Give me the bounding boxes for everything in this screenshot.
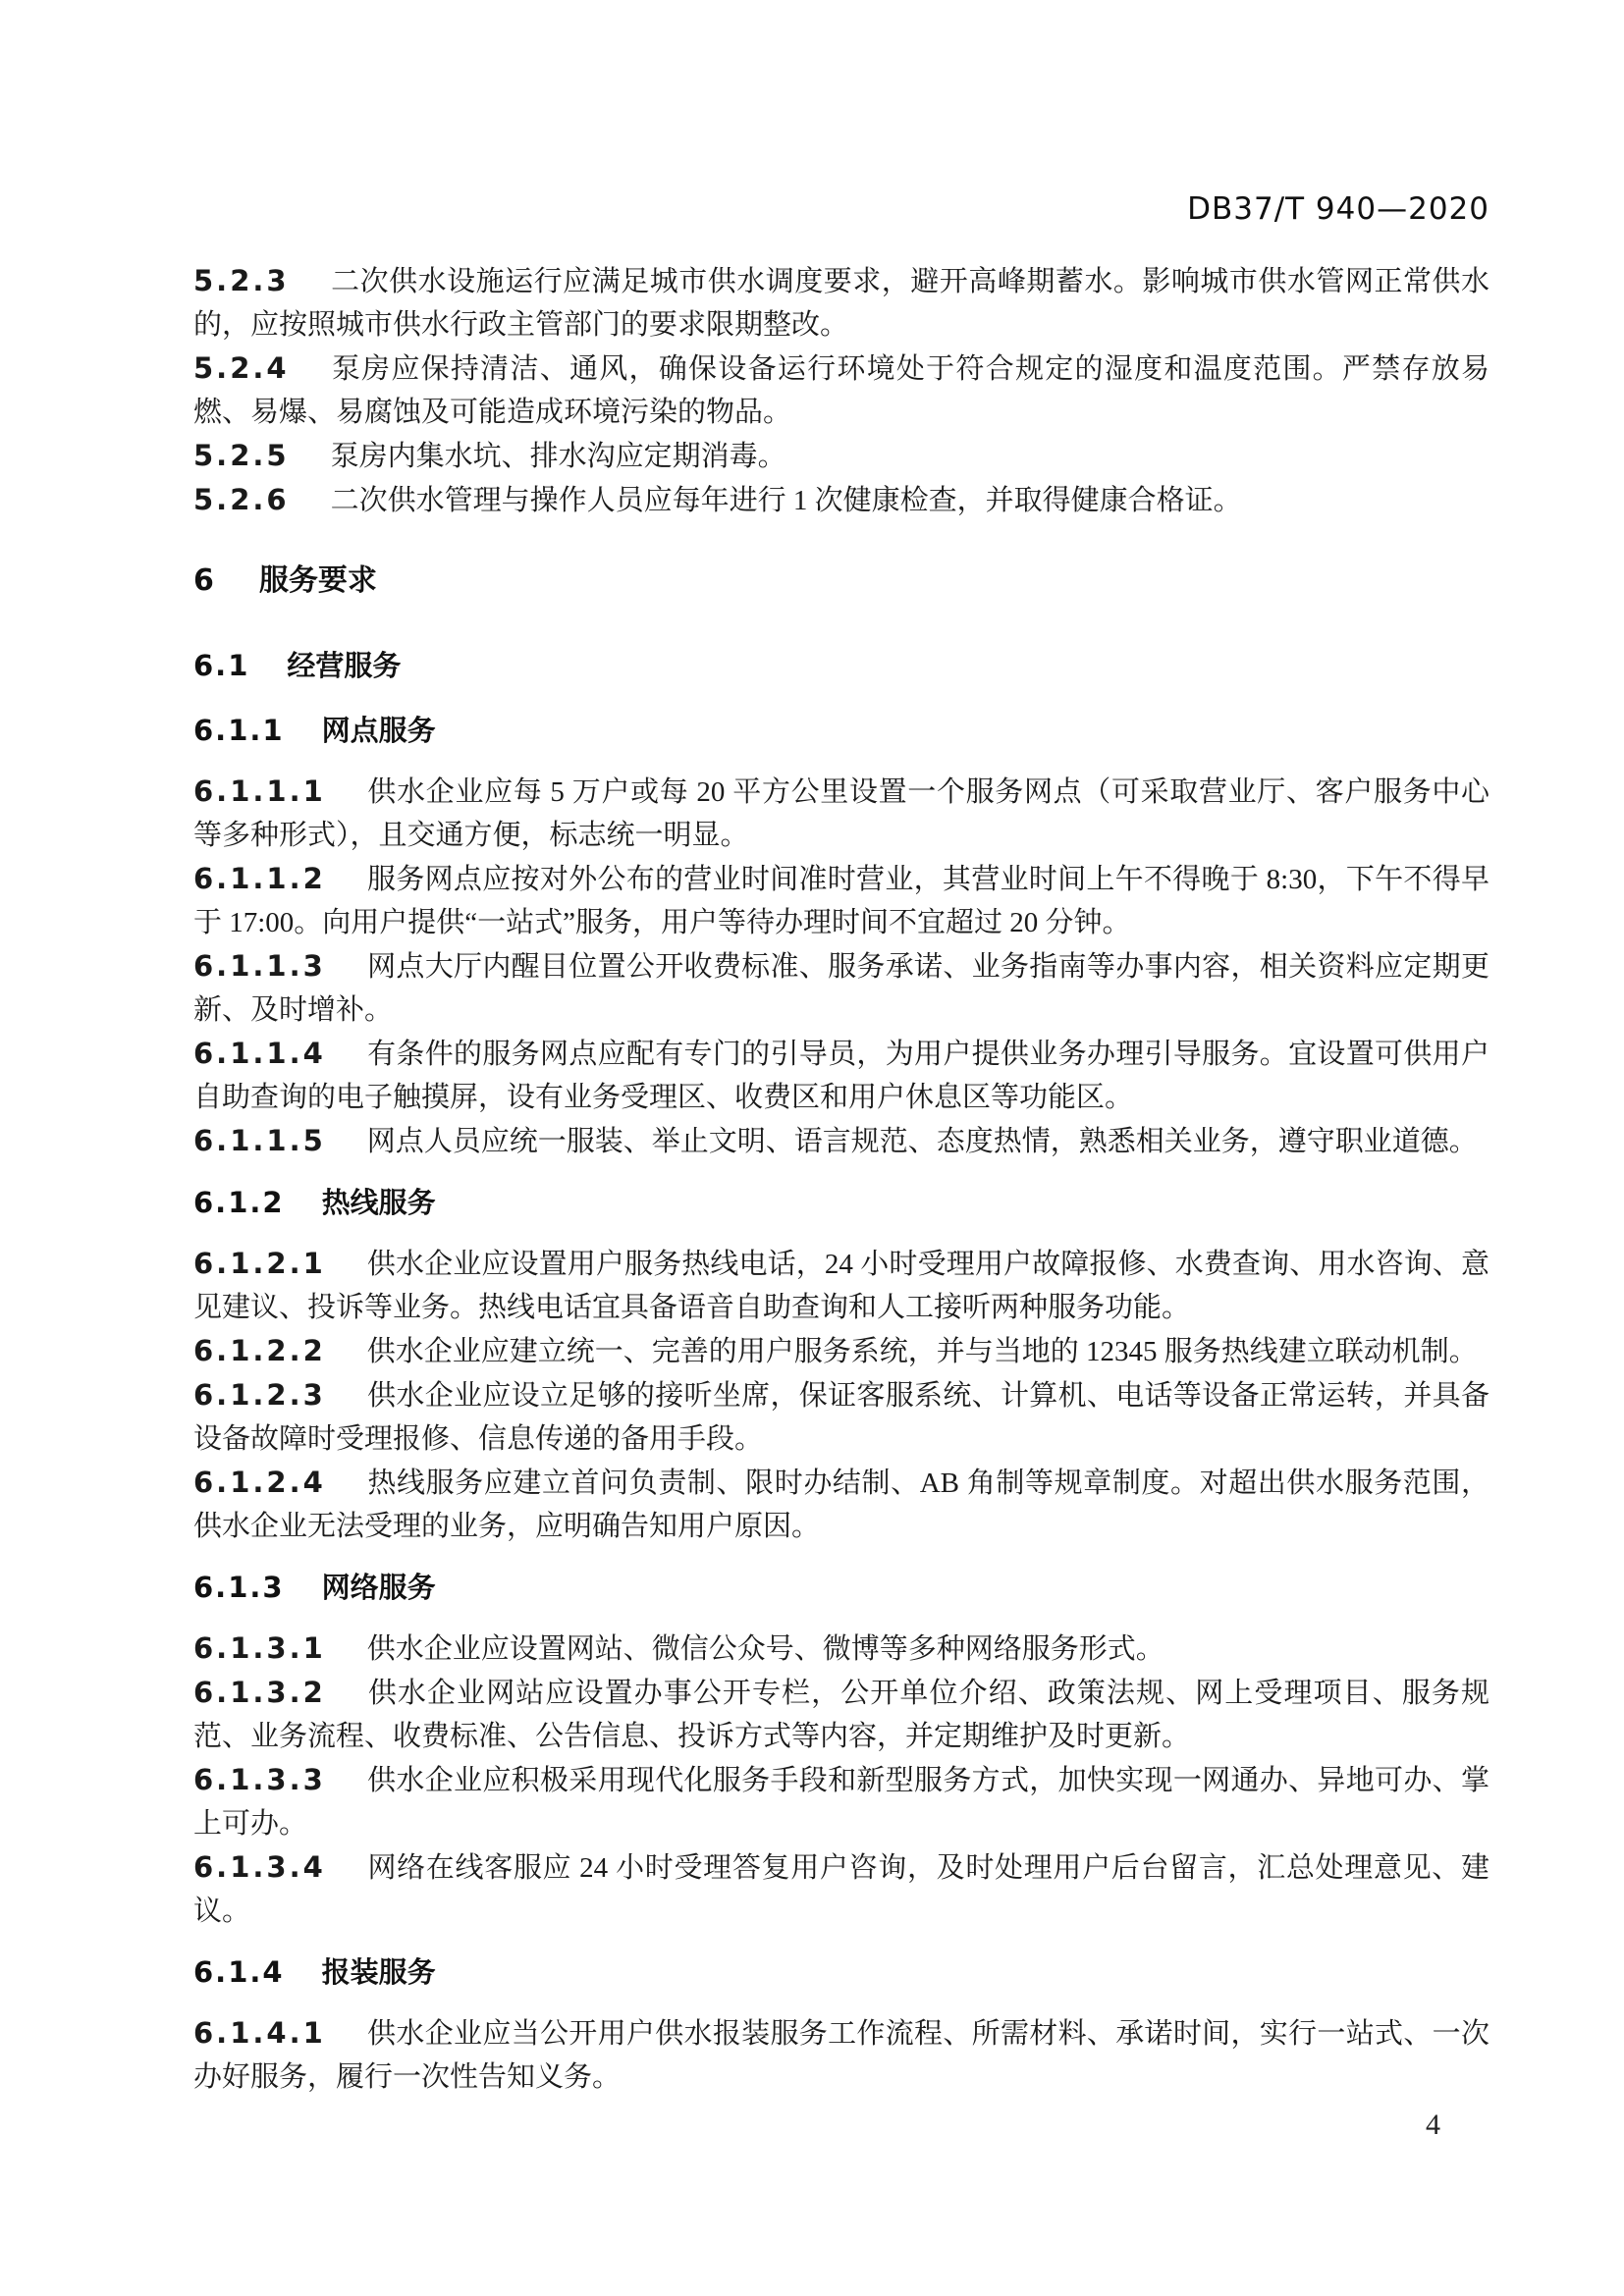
clause-number: 6.1.2.1: [193, 1247, 326, 1280]
clause-text: 供水企业应当公开用户供水报装服务工作流程、所需材料、承诺时间，实行一站式、一次办…: [193, 2018, 1489, 2093]
clause-number: 6.1.1.3: [193, 949, 326, 983]
clause-number: 6.1.3.3: [193, 1763, 326, 1796]
section-title: 热线服务: [322, 1186, 436, 1219]
clause-5-2-5: 5.2.5泵房内集水坑、排水沟应定期消毒。: [193, 434, 1489, 478]
clause-6-1-1-2: 6.1.1.2服务网点应按对外公布的营业时间准时营业，其营业时间上午不得晚于 8…: [193, 857, 1489, 944]
clause-text: 二次供水设施运行应满足城市供水调度要求，避开高峰期蓄水。影响城市供水管网正常供水…: [193, 266, 1489, 341]
clause-number: 6.1.1.1: [193, 774, 326, 808]
clause-6-1-3-4: 6.1.3.4网络在线客服应 24 小时受理答复用户咨询，及时处理用户后台留言，…: [193, 1845, 1489, 1933]
clause-text: 有条件的服务网点应配有专门的引导员，为用户提供业务办理引导服务。宜设置可供用户自…: [193, 1039, 1489, 1113]
clause-text: 网点人员应统一服装、举止文明、语言规范、态度热情，熟悉相关业务，遵守职业道德。: [367, 1126, 1478, 1157]
clause-6-1-3-2: 6.1.3.2供水企业网站应设置办事公开专栏，公开单位介绍、政策法规、网上受理项…: [193, 1671, 1489, 1758]
document-page: DB37/T 940—2020 5.2.3二次供水设施运行应满足城市供水调度要求…: [0, 0, 1624, 2296]
clause-text: 供水企业网站应设置办事公开专栏，公开单位介绍、政策法规、网上受理项目、服务规范、…: [193, 1678, 1489, 1752]
clause-text: 供水企业应每 5 万户或每 20 平方公里设置一个服务网点（可采取营业厅、客户服…: [193, 776, 1489, 851]
clause-number: 6.1.2.3: [193, 1378, 326, 1412]
clause-text: 服务网点应按对外公布的营业时间准时营业，其营业时间上午不得晚于 8:30，下午不…: [193, 864, 1489, 938]
section-heading-6-1-4: 6.1.4报装服务: [193, 1950, 1489, 1994]
clause-number: 5.2.6: [193, 483, 290, 516]
clause-6-1-1-5: 6.1.1.5网点人员应统一服装、举止文明、语言规范、态度热情，熟悉相关业务，遵…: [193, 1119, 1489, 1163]
clause-text: 二次供水管理与操作人员应每年进行 1 次健康检查，并取得健康合格证。: [331, 485, 1242, 516]
section-number: 6.1.4: [193, 1955, 285, 1989]
section-number: 6.1.3: [193, 1571, 285, 1604]
section-title: 网络服务: [322, 1571, 436, 1604]
section-heading-6-1: 6.1经营服务: [193, 644, 1489, 687]
clause-number: 6.1.1.2: [193, 862, 326, 895]
section-heading-6-1-3: 6.1.3网络服务: [193, 1566, 1489, 1609]
clause-number: 6.1.2.4: [193, 1466, 326, 1499]
clause-text: 供水企业应设置网站、微信公众号、微博等多种网络服务形式。: [367, 1633, 1164, 1665]
clause-6-1-1-4: 6.1.1.4有条件的服务网点应配有专门的引导员，为用户提供业务办理引导服务。宜…: [193, 1032, 1489, 1119]
clause-text: 泵房应保持清洁、通风，确保设备运行环境处于符合规定的湿度和温度范围。严禁存放易燃…: [193, 353, 1489, 428]
section-title: 经营服务: [287, 649, 401, 682]
clause-text: 供水企业应建立统一、完善的用户服务系统，并与当地的 12345 服务热线建立联动…: [367, 1336, 1478, 1367]
clause-number: 6.1.2.2: [193, 1334, 326, 1367]
clause-number: 5.2.3: [193, 264, 290, 297]
clause-text: 供水企业应积极采用现代化服务手段和新型服务方式，加快实现一网通办、异地可办、掌上…: [193, 1765, 1489, 1840]
clause-5-2-6: 5.2.6二次供水管理与操作人员应每年进行 1 次健康检查，并取得健康合格证。: [193, 478, 1489, 522]
clause-number: 6.1.1.4: [193, 1037, 326, 1070]
clause-text: 热线服务应建立首问负责制、限时办结制、AB 角制等规章制度。对超出供水服务范围，…: [193, 1468, 1489, 1542]
clause-6-1-3-1: 6.1.3.1供水企业应设置网站、微信公众号、微博等多种网络服务形式。: [193, 1627, 1489, 1671]
section-heading-6: 6服务要求: [193, 560, 1489, 603]
clause-6-1-4-1: 6.1.4.1供水企业应当公开用户供水报装服务工作流程、所需材料、承诺时间，实行…: [193, 2011, 1489, 2099]
document-body: 5.2.3二次供水设施运行应满足城市供水调度要求，避开高峰期蓄水。影响城市供水管…: [193, 0, 1489, 2099]
clause-6-1-2-2: 6.1.2.2供水企业应建立统一、完善的用户服务系统，并与当地的 12345 服…: [193, 1329, 1489, 1373]
clause-number: 6.1.3.1: [193, 1631, 326, 1665]
clause-number: 6.1.4.1: [193, 2016, 326, 2050]
section-title: 网点服务: [322, 714, 436, 747]
section-number: 6.1.1: [193, 714, 285, 747]
clause-number: 5.2.4: [193, 351, 290, 385]
clause-text: 泵房内集水坑、排水沟应定期消毒。: [331, 441, 786, 472]
clause-6-1-1-3: 6.1.1.3网点大厅内醒目位置公开收费标准、服务承诺、业务指南等办事内容，相关…: [193, 944, 1489, 1032]
clause-text: 网点大厅内醒目位置公开收费标准、服务承诺、业务指南等办事内容，相关资料应定期更新…: [193, 951, 1489, 1026]
clause-6-1-2-1: 6.1.2.1供水企业应设置用户服务热线电话，24 小时受理用户故障报修、水费查…: [193, 1242, 1489, 1329]
clause-text: 网络在线客服应 24 小时受理答复用户咨询，及时处理用户后台留言，汇总处理意见、…: [193, 1852, 1489, 1927]
clause-number: 5.2.5: [193, 439, 290, 472]
clause-6-1-1-1: 6.1.1.1供水企业应每 5 万户或每 20 平方公里设置一个服务网点（可采取…: [193, 770, 1489, 857]
clause-number: 6.1.1.5: [193, 1124, 326, 1157]
page-number: 4: [1426, 2109, 1440, 2142]
section-heading-6-1-1: 6.1.1网点服务: [193, 709, 1489, 752]
clause-5-2-3: 5.2.3二次供水设施运行应满足城市供水调度要求，避开高峰期蓄水。影响城市供水管…: [193, 259, 1489, 347]
clause-number: 6.1.3.2: [193, 1676, 326, 1709]
clause-number: 6.1.3.4: [193, 1850, 326, 1884]
clause-6-1-2-4: 6.1.2.4热线服务应建立首问负责制、限时办结制、AB 角制等规章制度。对超出…: [193, 1461, 1489, 1548]
section-number: 6.1: [193, 649, 249, 682]
section-heading-6-1-2: 6.1.2热线服务: [193, 1181, 1489, 1224]
section-number: 6: [193, 563, 214, 598]
clause-text: 供水企业应设立足够的接听坐席，保证客服系统、计算机、电话等设备正常运转，并具备设…: [193, 1380, 1489, 1455]
section-title: 服务要求: [259, 563, 377, 598]
clause-5-2-4: 5.2.4泵房应保持清洁、通风，确保设备运行环境处于符合规定的湿度和温度范围。严…: [193, 347, 1489, 434]
clause-6-1-2-3: 6.1.2.3供水企业应设立足够的接听坐席，保证客服系统、计算机、电话等设备正常…: [193, 1373, 1489, 1461]
clause-text: 供水企业应设置用户服务热线电话，24 小时受理用户故障报修、水费查询、用水咨询、…: [193, 1249, 1489, 1323]
clause-6-1-3-3: 6.1.3.3供水企业应积极采用现代化服务手段和新型服务方式，加快实现一网通办、…: [193, 1758, 1489, 1845]
section-title: 报装服务: [322, 1955, 436, 1989]
section-number: 6.1.2: [193, 1186, 285, 1219]
